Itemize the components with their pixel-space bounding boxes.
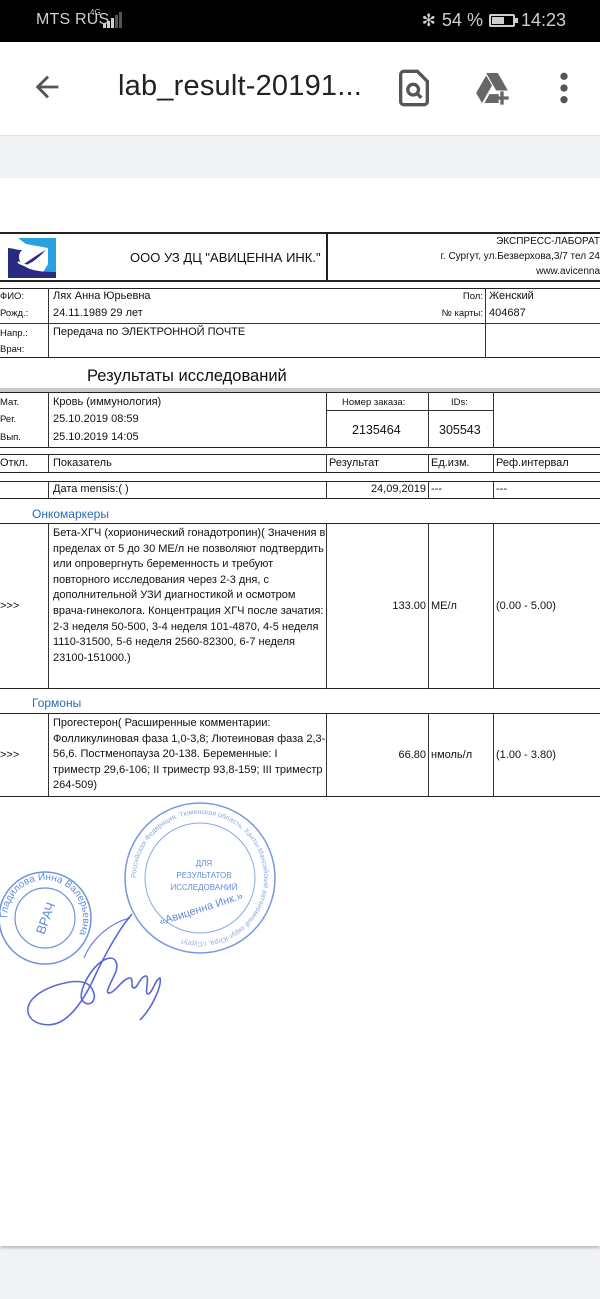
back-arrow-icon[interactable]: [30, 70, 64, 104]
header-result: Результат: [329, 457, 379, 469]
header-deviation: Откл.: [0, 457, 28, 469]
ref-hcg: (0.00 - 5.00): [496, 600, 556, 612]
app-bar: lab_result-20191...: [0, 42, 600, 136]
svg-text:ДЛЯ: ДЛЯ: [196, 859, 213, 868]
svg-text:РЕЗУЛЬТАТОВ: РЕЗУЛЬТАТОВ: [176, 871, 231, 880]
referral-value: Передача по ЭЛЕКТРОННОЙ ПОЧТЕ: [53, 326, 245, 338]
header-indicator: Показатель: [53, 457, 112, 469]
indicator-progesterone: Прогестерон( Расширенные комментарии: Фо…: [53, 716, 327, 794]
mensis-indicator: Дата mensis:( ): [53, 483, 129, 495]
lab-address: г. Сургут, ул.Безверхова,3/7 тел 24: [440, 251, 600, 262]
order-number: 2135464: [352, 423, 401, 437]
birth-label: Рожд.:: [0, 308, 28, 319]
avicenna-logo: [8, 234, 56, 278]
ref-progesterone: (1.00 - 3.80): [496, 749, 556, 761]
deviation-flag: >>>: [0, 749, 19, 761]
mensis-ref: ---: [496, 483, 507, 495]
unit-progesterone: нмоль/л: [431, 749, 472, 761]
network-type: 4G: [90, 9, 101, 17]
org-name: ООО УЗ ДЦ "АВИЦЕННА ИНК.": [130, 250, 321, 265]
patient-name: Лях Анна Юрьевна: [53, 290, 151, 302]
card-number: 404687: [489, 307, 526, 319]
clock: 14:23: [521, 10, 566, 31]
doctor-signature: [20, 898, 180, 1038]
add-to-drive-icon[interactable]: [472, 68, 512, 108]
done-label: Вып.: [0, 432, 21, 443]
header-ref: Реф.интервал: [496, 457, 569, 469]
reg-label: Рег.: [0, 414, 16, 425]
referral-label: Напр.:: [0, 328, 28, 339]
mensis-result: 24,09,2019: [371, 483, 426, 495]
bluetooth-icon: ✻: [422, 11, 436, 31]
unit-hcg: МЕ/л: [431, 600, 457, 612]
pdf-viewer[interactable]: ООО УЗ ДЦ "АВИЦЕННА ИНК." ЭКСПРЕСС-ЛАБОР…: [0, 137, 600, 1299]
header-unit: Ед.изм.: [431, 457, 470, 469]
result-hcg: 133.00: [392, 600, 426, 612]
material-label: Мат.: [0, 397, 19, 408]
pdf-page: ООО УЗ ДЦ "АВИЦЕННА ИНК." ЭКСПРЕСС-ЛАБОР…: [0, 178, 600, 1246]
result-progesterone: 66.80: [398, 749, 426, 761]
indicator-hcg: Бета-ХГЧ (хорионический гонадотропин)( З…: [53, 526, 327, 666]
ids-value: 305543: [439, 423, 481, 437]
battery-percent: 54 %: [442, 10, 483, 31]
done-value: 25.10.2019 14:05: [53, 431, 139, 443]
find-in-page-icon[interactable]: [394, 68, 434, 108]
section-title-oncomarkers: Онкомаркеры: [32, 507, 109, 521]
card-label: № карты:: [442, 308, 483, 319]
signal-icon: [103, 12, 122, 28]
document-title: lab_result-20191...: [118, 70, 362, 103]
sex-value: Женский: [489, 290, 534, 302]
battery-icon: [489, 14, 515, 27]
section-title-hormones: Гормоны: [32, 696, 81, 710]
deviation-flag: >>>: [0, 600, 19, 612]
doctor-label: Врач:: [0, 344, 24, 355]
lab-website: www.avicenna: [536, 266, 600, 277]
lab-name: ЭКСПРЕСС-ЛАБОРАТ: [496, 236, 600, 247]
ids-label: IDs:: [451, 397, 468, 408]
mensis-unit: ---: [431, 483, 442, 495]
status-bar: MTS RUS 4G ✻ 54 % 14:23: [0, 0, 600, 42]
more-vert-icon[interactable]: [544, 68, 584, 108]
svg-text:ИССЛЕДОВАНИЙ: ИССЛЕДОВАНИЙ: [171, 883, 238, 892]
material-value: Кровь (иммунология): [53, 396, 161, 408]
birth-date: 24.11.1989 29 лет: [53, 307, 143, 319]
reg-value: 25.10.2019 08:59: [53, 413, 139, 425]
sex-label: Пол:: [463, 291, 483, 302]
order-number-label: Номер заказа:: [342, 397, 405, 408]
fio-label: ФИО:: [0, 291, 24, 302]
results-title: Результаты исследований: [87, 367, 287, 386]
lab-report: ООО УЗ ДЦ "АВИЦЕННА ИНК." ЭКСПРЕСС-ЛАБОР…: [0, 178, 600, 1246]
